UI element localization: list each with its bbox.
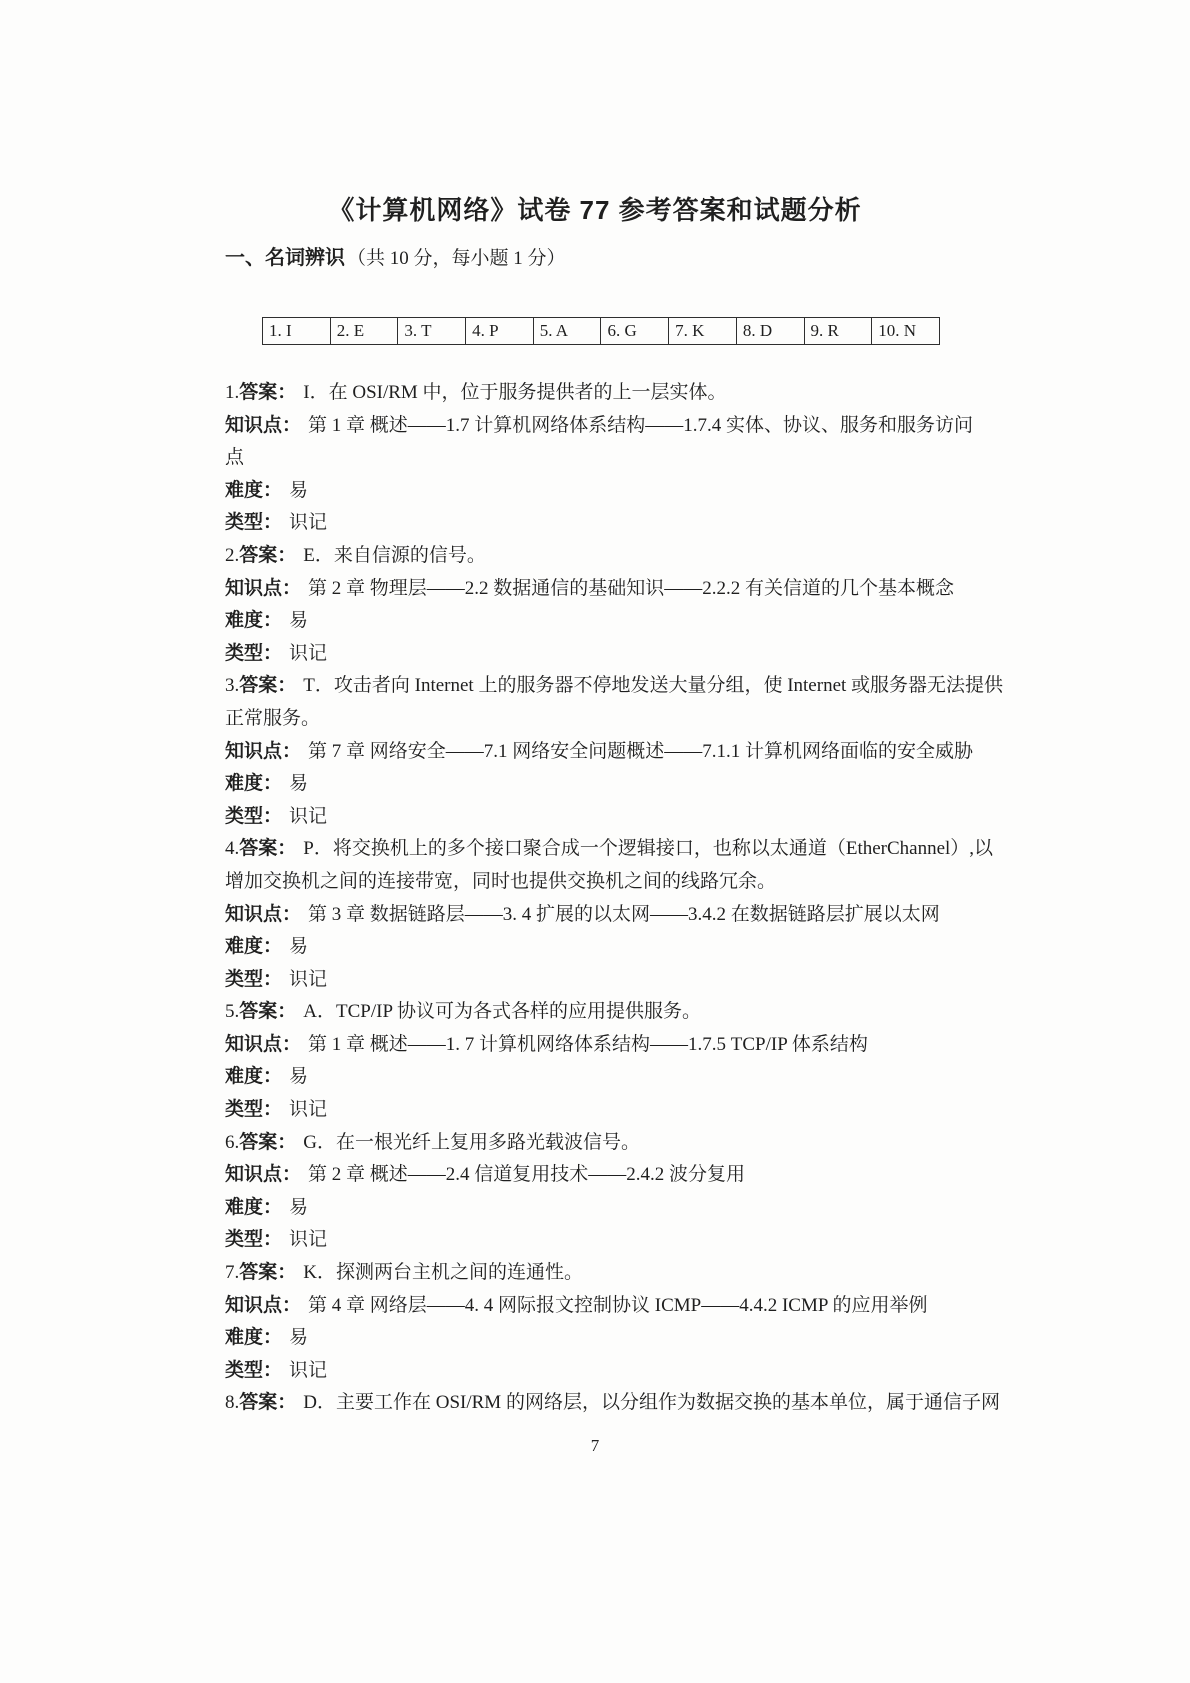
field-text: 第 1 章 概述——1. 7 计算机网络体系结构——1.7.5 TCP/IP 体… bbox=[308, 1034, 868, 1055]
text-line: 类型：识记 bbox=[225, 507, 985, 540]
field-label: 答案： bbox=[239, 382, 296, 403]
field-text: E．来自信源的信号。 bbox=[303, 545, 486, 566]
item-number: 6. bbox=[225, 1132, 239, 1153]
text-line: 4.答案：P．将交换机上的多个接口聚合成一个逻辑接口，也称以太通道（EtherC… bbox=[225, 833, 985, 866]
text-line: 知识点：第 2 章 物理层——2.2 数据通信的基础知识——2.2.2 有关信道… bbox=[225, 573, 985, 606]
answer-table-cell: 10. N bbox=[872, 318, 940, 345]
item-number: 1. bbox=[225, 382, 239, 403]
field-label: 难度： bbox=[225, 1327, 282, 1348]
text-line: 类型：识记 bbox=[225, 964, 985, 997]
field-label: 难度： bbox=[225, 610, 282, 631]
answer-table-cell: 7. K bbox=[669, 318, 737, 345]
answer-analysis-content: 1.答案：I．在 OSI/RM 中，位于服务提供者的上一层实体。知识点：第 1 … bbox=[225, 377, 985, 1420]
section-heading: 一、名词辨识（共 10 分，每小题 1 分） bbox=[225, 241, 566, 270]
answer-table-cell: 8. D bbox=[736, 318, 804, 345]
text-line: 3.答案：T．攻击者向 Internet 上的服务器不停地发送大量分组，使 In… bbox=[225, 670, 985, 703]
field-label: 难度： bbox=[225, 773, 282, 794]
document-page: 《计算机网络》试卷 77 参考答案和试题分析 一、名词辨识（共 10 分，每小题… bbox=[0, 0, 1190, 1683]
text-line: 知识点：第 4 章 网络层——4. 4 网际报文控制协议 ICMP——4.4.2… bbox=[225, 1290, 985, 1323]
text-line: 难度：易 bbox=[225, 605, 985, 638]
answer-table-cell: 4. P bbox=[466, 318, 534, 345]
field-text: 识记 bbox=[289, 806, 327, 827]
answer-table-cell: 1. I bbox=[263, 318, 331, 345]
text-line: 类型：识记 bbox=[225, 1224, 985, 1257]
field-label: 难度： bbox=[225, 1197, 282, 1218]
field-text: 易 bbox=[289, 480, 308, 501]
text-line: 增加交换机之间的连接带宽，同时也提供交换机之间的线路冗余。 bbox=[225, 866, 985, 899]
text-line: 2.答案：E．来自信源的信号。 bbox=[225, 540, 985, 573]
field-label: 类型： bbox=[225, 969, 282, 990]
text-line: 知识点：第 7 章 网络安全——7.1 网络安全问题概述——7.1.1 计算机网… bbox=[225, 736, 985, 769]
text-line: 难度：易 bbox=[225, 768, 985, 801]
text-line: 难度：易 bbox=[225, 931, 985, 964]
field-label: 知识点： bbox=[225, 904, 301, 925]
answer-table-cell: 6. G bbox=[601, 318, 669, 345]
answer-table-cell: 5. A bbox=[533, 318, 601, 345]
field-text: 识记 bbox=[289, 512, 327, 533]
field-label: 答案： bbox=[239, 1001, 296, 1022]
field-text: P．将交换机上的多个接口聚合成一个逻辑接口，也称以太通道（EtherChanne… bbox=[303, 838, 993, 859]
text-line: 类型：识记 bbox=[225, 1094, 985, 1127]
item-number: 3. bbox=[225, 675, 239, 696]
text-line: 6.答案：G．在一根光纤上复用多路光载波信号。 bbox=[225, 1127, 985, 1160]
text-line: 难度：易 bbox=[225, 1322, 985, 1355]
field-label: 类型： bbox=[225, 512, 282, 533]
field-label: 难度： bbox=[225, 1066, 282, 1087]
field-label: 类型： bbox=[225, 1360, 282, 1381]
text-line: 5.答案：A．TCP/IP 协议可为各式各样的应用提供服务。 bbox=[225, 996, 985, 1029]
field-text: 点 bbox=[225, 447, 244, 468]
field-label: 类型： bbox=[225, 806, 282, 827]
text-line: 难度：易 bbox=[225, 1192, 985, 1225]
answer-table-cell: 9. R bbox=[804, 318, 872, 345]
field-text: 第 3 章 数据链路层——3. 4 扩展的以太网——3.4.2 在数据链路层扩展… bbox=[308, 904, 940, 925]
field-label: 答案： bbox=[239, 1132, 296, 1153]
text-line: 点 bbox=[225, 442, 985, 475]
field-label: 知识点： bbox=[225, 1034, 301, 1055]
field-text: 识记 bbox=[289, 1229, 327, 1250]
text-line: 知识点：第 2 章 概述——2.4 信道复用技术——2.4.2 波分复用 bbox=[225, 1159, 985, 1192]
field-text: D．主要工作在 OSI/RM 的网络层，以分组作为数据交换的基本单位，属于通信子… bbox=[303, 1392, 1000, 1413]
text-line: 类型：识记 bbox=[225, 638, 985, 671]
text-line: 正常服务。 bbox=[225, 703, 985, 736]
field-text: 识记 bbox=[289, 1360, 327, 1381]
field-text: 识记 bbox=[289, 643, 327, 664]
field-label: 答案： bbox=[239, 1262, 296, 1283]
text-line: 知识点：第 1 章 概述——1.7 计算机网络体系结构——1.7.4 实体、协议… bbox=[225, 410, 985, 443]
field-text: 易 bbox=[289, 1327, 308, 1348]
text-line: 类型：识记 bbox=[225, 801, 985, 834]
field-label: 答案： bbox=[239, 838, 296, 859]
section-heading-label: 一、名词辨识 bbox=[225, 247, 345, 269]
item-number: 2. bbox=[225, 545, 239, 566]
field-text: K．探测两台主机之间的连通性。 bbox=[303, 1262, 583, 1283]
answer-table: 1. I2. E3. T4. P5. A6. G7. K8. D9. R10. … bbox=[262, 317, 940, 345]
field-text: 第 1 章 概述——1.7 计算机网络体系结构——1.7.4 实体、协议、服务和… bbox=[308, 415, 973, 436]
field-text: 第 4 章 网络层——4. 4 网际报文控制协议 ICMP——4.4.2 ICM… bbox=[308, 1295, 927, 1316]
field-text: 易 bbox=[289, 610, 308, 631]
field-label: 答案： bbox=[239, 1392, 296, 1413]
text-line: 8.答案：D．主要工作在 OSI/RM 的网络层，以分组作为数据交换的基本单位，… bbox=[225, 1387, 985, 1420]
text-line: 难度：易 bbox=[225, 1061, 985, 1094]
answer-table-cell: 3. T bbox=[398, 318, 466, 345]
field-label: 知识点： bbox=[225, 1164, 301, 1185]
item-number: 4. bbox=[225, 838, 239, 859]
field-text: T．攻击者向 Internet 上的服务器不停地发送大量分组，使 Interne… bbox=[303, 675, 1003, 696]
field-text: 正常服务。 bbox=[225, 708, 320, 729]
text-line: 1.答案：I．在 OSI/RM 中，位于服务提供者的上一层实体。 bbox=[225, 377, 985, 410]
field-text: 易 bbox=[289, 1197, 308, 1218]
field-text: 易 bbox=[289, 936, 308, 957]
field-label: 类型： bbox=[225, 1099, 282, 1120]
field-text: 第 7 章 网络安全——7.1 网络安全问题概述——7.1.1 计算机网络面临的… bbox=[308, 741, 973, 762]
item-number: 8. bbox=[225, 1392, 239, 1413]
field-text: 第 2 章 物理层——2.2 数据通信的基础知识——2.2.2 有关信道的几个基… bbox=[308, 578, 954, 599]
field-label: 知识点： bbox=[225, 415, 301, 436]
text-line: 难度：易 bbox=[225, 475, 985, 508]
item-number: 7. bbox=[225, 1262, 239, 1283]
field-label: 知识点： bbox=[225, 578, 301, 599]
field-label: 类型： bbox=[225, 643, 282, 664]
text-line: 知识点：第 3 章 数据链路层——3. 4 扩展的以太网——3.4.2 在数据链… bbox=[225, 899, 985, 932]
field-label: 难度： bbox=[225, 480, 282, 501]
field-text: A．TCP/IP 协议可为各式各样的应用提供服务。 bbox=[303, 1001, 701, 1022]
field-text: 易 bbox=[289, 773, 308, 794]
field-text: 第 2 章 概述——2.4 信道复用技术——2.4.2 波分复用 bbox=[308, 1164, 745, 1185]
text-line: 7.答案：K．探测两台主机之间的连通性。 bbox=[225, 1257, 985, 1290]
field-text: 易 bbox=[289, 1066, 308, 1087]
field-text: G．在一根光纤上复用多路光载波信号。 bbox=[303, 1132, 640, 1153]
field-label: 答案： bbox=[239, 675, 296, 696]
field-label: 类型： bbox=[225, 1229, 282, 1250]
field-text: 识记 bbox=[289, 969, 327, 990]
page-title: 《计算机网络》试卷 77 参考答案和试题分析 bbox=[0, 190, 1190, 227]
field-label: 答案： bbox=[239, 545, 296, 566]
field-label: 知识点： bbox=[225, 741, 301, 762]
text-line: 知识点：第 1 章 概述——1. 7 计算机网络体系结构——1.7.5 TCP/… bbox=[225, 1029, 985, 1062]
section-heading-note: （共 10 分，每小题 1 分） bbox=[347, 248, 566, 269]
field-text: I．在 OSI/RM 中，位于服务提供者的上一层实体。 bbox=[303, 382, 726, 403]
item-number: 5. bbox=[225, 1001, 239, 1022]
answer-table-cell: 2. E bbox=[330, 318, 398, 345]
field-text: 增加交换机之间的连接带宽，同时也提供交换机之间的线路冗余。 bbox=[225, 871, 776, 892]
answer-table-row: 1. I2. E3. T4. P5. A6. G7. K8. D9. R10. … bbox=[263, 318, 940, 345]
field-text: 识记 bbox=[289, 1099, 327, 1120]
page-number: 7 bbox=[0, 1436, 1190, 1456]
field-label: 知识点： bbox=[225, 1295, 301, 1316]
text-line: 类型：识记 bbox=[225, 1355, 985, 1388]
field-label: 难度： bbox=[225, 936, 282, 957]
